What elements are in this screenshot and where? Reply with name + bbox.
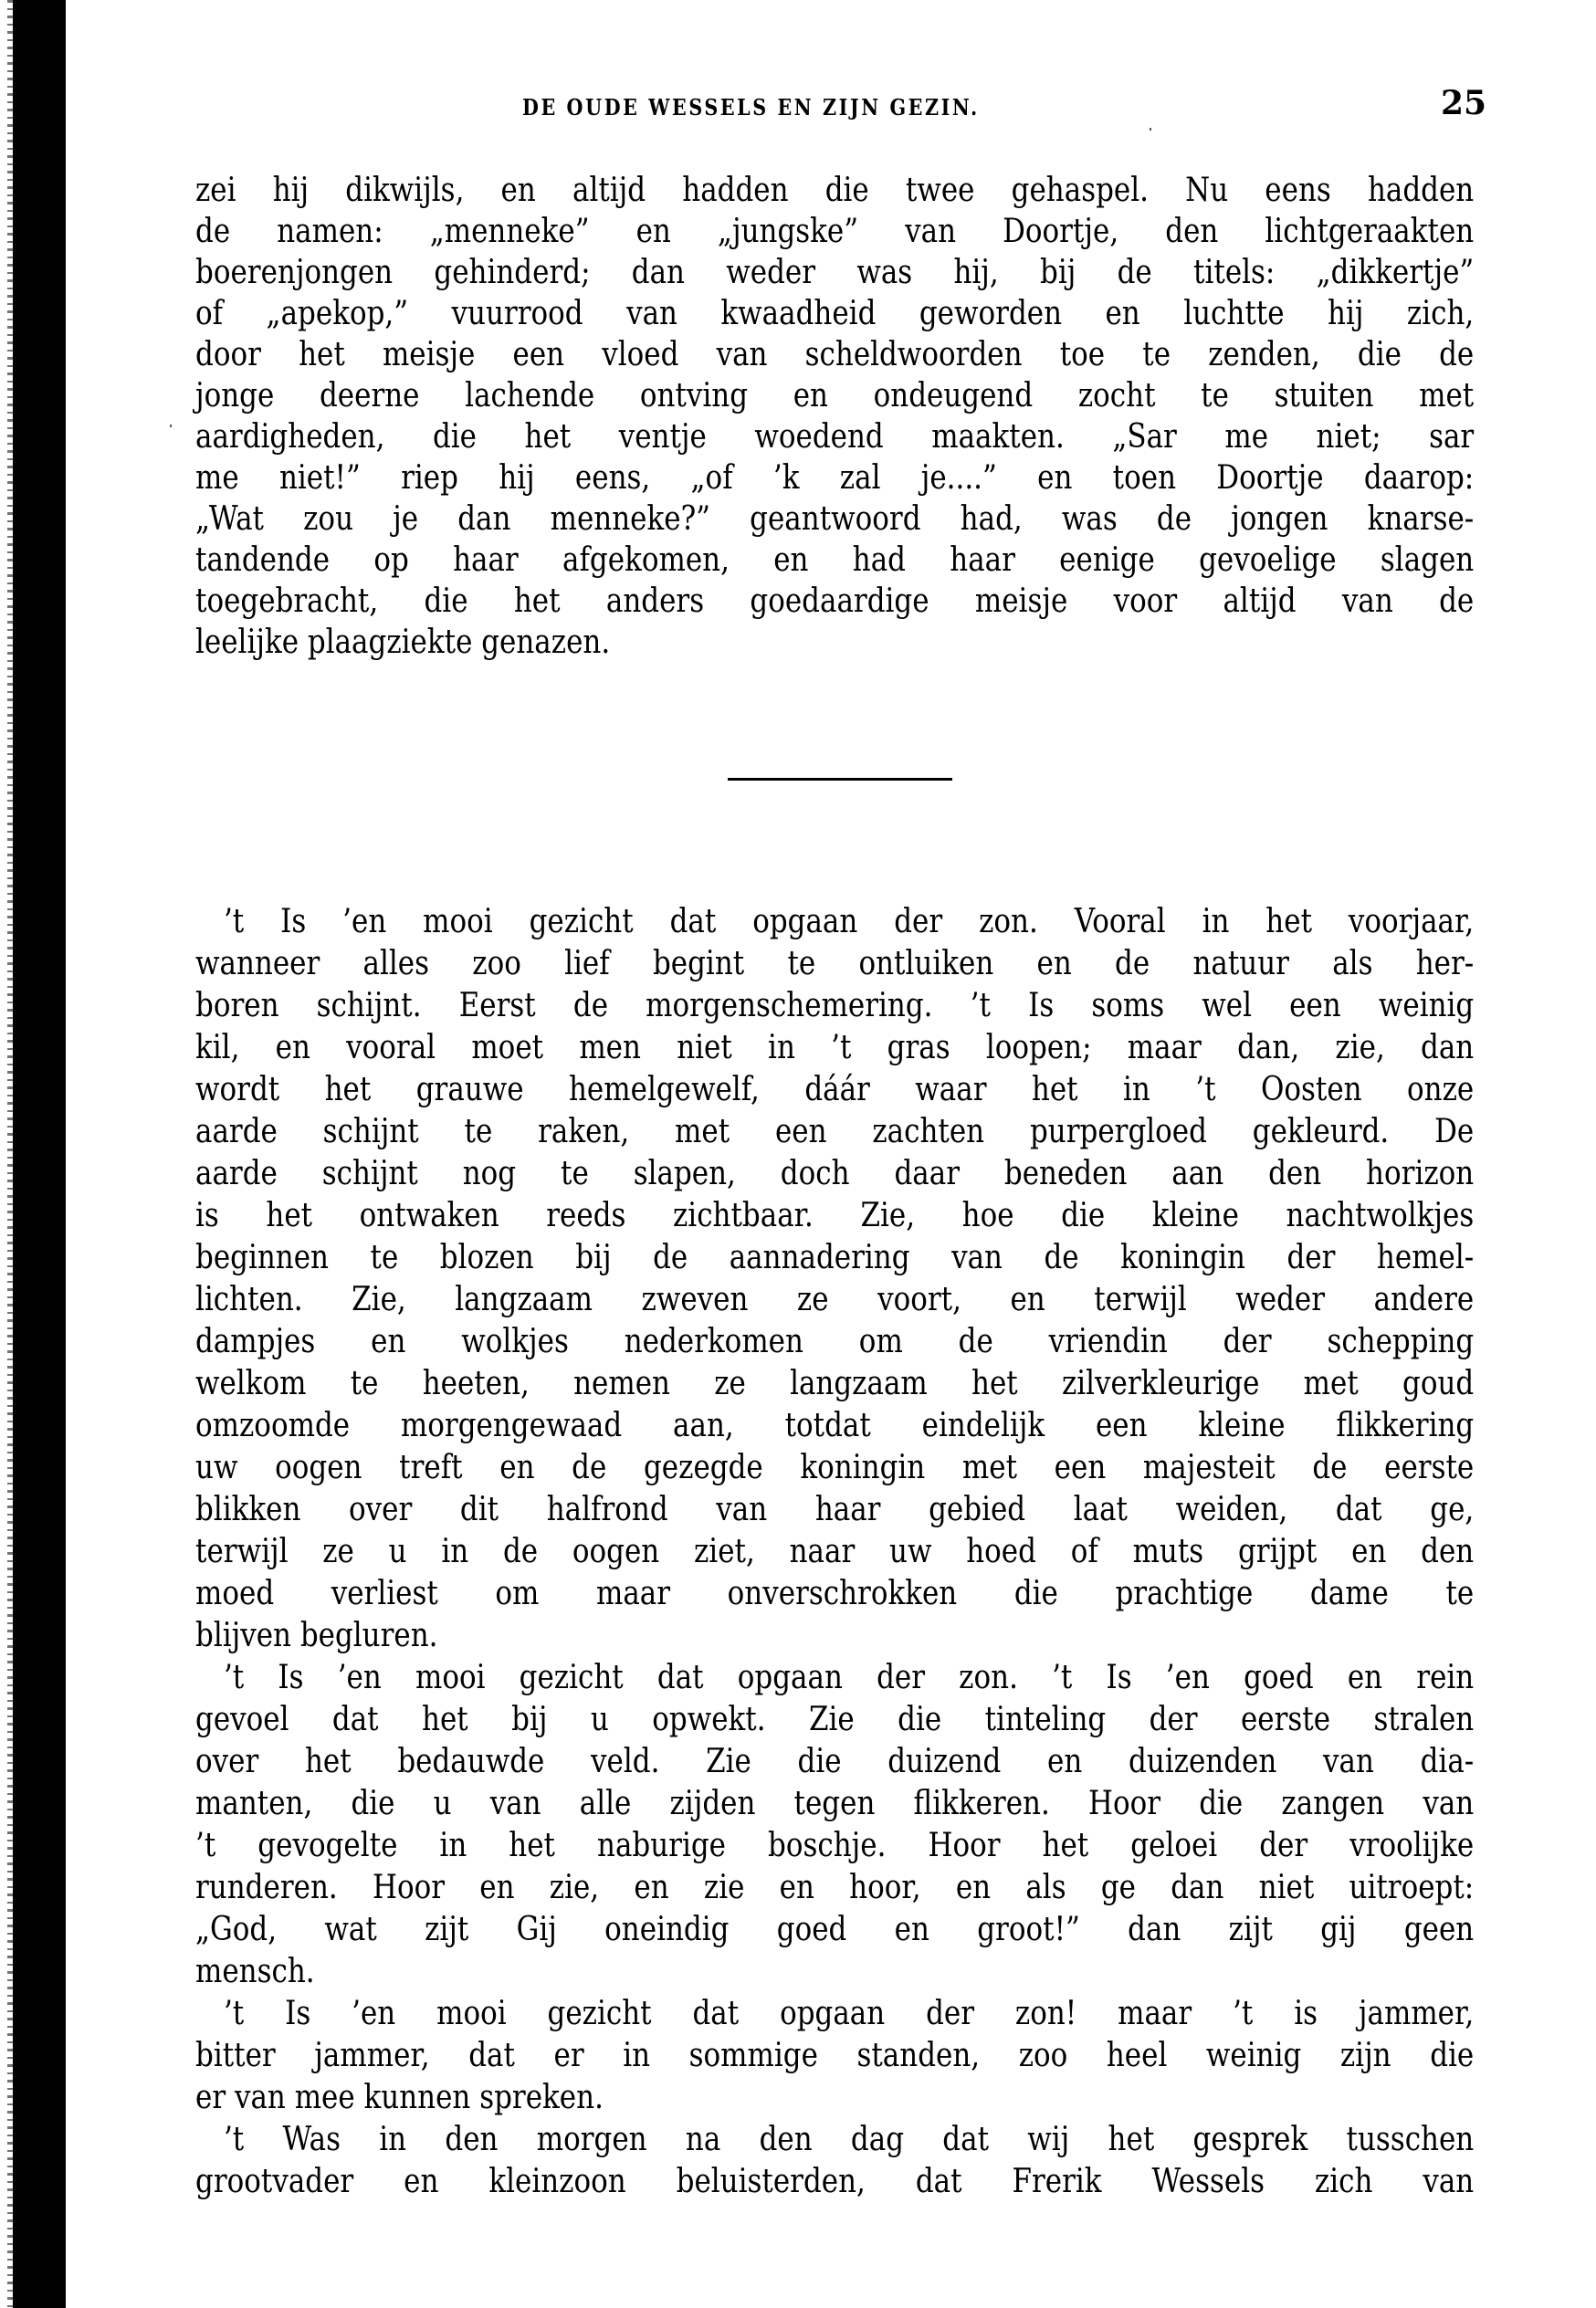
- text-line: ’t Is ’en mooi gezicht dat opgaan der zo…: [195, 1993, 1474, 2035]
- text-line: ’t Is ’en mooi gezicht dat opgaan der zo…: [195, 901, 1474, 943]
- text-line: aardigheden, die het ventje woedend maak…: [195, 416, 1474, 457]
- text-line: ’t Was in den morgen na den dag dat wij …: [195, 2119, 1474, 2161]
- text-line: grootvader en kleinzoon beluisterden, da…: [195, 2161, 1474, 2203]
- text-line: boerenjongen gehinderd; dan weder was hi…: [195, 252, 1474, 293]
- text-line: ’t Is ’en mooi gezicht dat opgaan der zo…: [195, 1657, 1474, 1699]
- text-line: jonge deerne lachende ontving en ondeuge…: [195, 375, 1474, 416]
- scan-speck: [170, 425, 172, 427]
- text-line: boren schijnt. Eerst de morgenschemering…: [195, 985, 1474, 1027]
- text-line: terwijl ze u in de oogen ziet, naar uw h…: [195, 1531, 1474, 1573]
- paragraph-section-2: ’t Is ’en mooi gezicht dat opgaan der zo…: [195, 901, 1474, 2203]
- text-line: uw oogen treft en de gezegde koningin me…: [195, 1447, 1474, 1489]
- text-line: toegebracht, die het anders goedaardige …: [195, 581, 1474, 622]
- book-binding-shadow: [13, 0, 66, 2308]
- text-line: me niet!” riep hij eens, „of ’k zal je..…: [195, 457, 1474, 498]
- text-line: ’t gevogelte in het naburige boschje. Ho…: [195, 1825, 1474, 1867]
- text-line: leelijke plaagziekte genazen.: [195, 622, 1474, 663]
- text-line: lichten. Zie, langzaam zweven ze voort, …: [195, 1279, 1474, 1321]
- text-line: omzoomde morgengewaad aan, totdat eindel…: [195, 1405, 1474, 1447]
- text-line: „Wat zou je dan menneke?” geantwoord had…: [195, 498, 1474, 540]
- text-line: welkom te heeten, nemen ze langzaam het …: [195, 1363, 1474, 1405]
- text-line: aarde schijnt te raken, met een zachten …: [195, 1111, 1474, 1153]
- text-line: zei hij dikwijls, en altijd hadden die t…: [195, 170, 1474, 211]
- text-line: kil, en vooral moet men niet in ’t gras …: [195, 1027, 1474, 1069]
- text-line: over het bedauwde veld. Zie die duizend …: [195, 1741, 1474, 1783]
- text-line: door het meisje een vloed van scheldwoor…: [195, 334, 1474, 375]
- text-line: tandende op haar afgekomen, en had haar …: [195, 540, 1474, 581]
- text-line: er van mee kunnen spreken.: [195, 2077, 1474, 2119]
- text-line: aarde schijnt nog te slapen, doch daar b…: [195, 1153, 1474, 1195]
- text-line: dampjes en wolkjes nederkomen om de vrie…: [195, 1321, 1474, 1363]
- text-line: mensch.: [195, 1951, 1474, 1993]
- text-line: is het ontwaken reeds zichtbaar. Zie, ho…: [195, 1195, 1474, 1237]
- text-line: „God, wat zijt Gij oneindig goed en groo…: [195, 1909, 1474, 1951]
- text-line: de namen: „menneke” en „jungske” van Doo…: [195, 211, 1474, 252]
- text-line: beginnen te blozen bij de aannadering va…: [195, 1237, 1474, 1279]
- text-line: blijven begluren.: [195, 1615, 1474, 1657]
- binding-shadow-lower: [51, 2009, 60, 2159]
- text-line: wordt het grauwe hemelgewelf, dáár waar …: [195, 1069, 1474, 1111]
- text-line: wanneer alles zoo lief begint te ontluik…: [195, 943, 1474, 985]
- paragraph-section-1: zei hij dikwijls, en altijd hadden die t…: [195, 170, 1474, 663]
- text-line: of „apekop,” vuurrood van kwaadheid gewo…: [195, 293, 1474, 334]
- text-line: blikken over dit halfrond van haar gebie…: [195, 1489, 1474, 1531]
- text-line: moed verliest om maar onverschrokken die…: [195, 1573, 1474, 1615]
- scan-speck: [1150, 128, 1151, 131]
- text-line: bitter jammer, dat er in sommige standen…: [195, 2035, 1474, 2077]
- text-line: runderen. Hoor en zie, en zie en hoor, e…: [195, 1867, 1474, 1909]
- section-separator-rule: [728, 778, 952, 781]
- page-number: 25: [1441, 84, 1486, 122]
- text-line: manten, die u van alle zijden tegen flik…: [195, 1783, 1474, 1825]
- text-line: gevoel dat het bij u opwekt. Zie die tin…: [195, 1699, 1474, 1741]
- running-head: DE OUDE WESSELS EN ZIJN GEZIN.: [522, 94, 980, 121]
